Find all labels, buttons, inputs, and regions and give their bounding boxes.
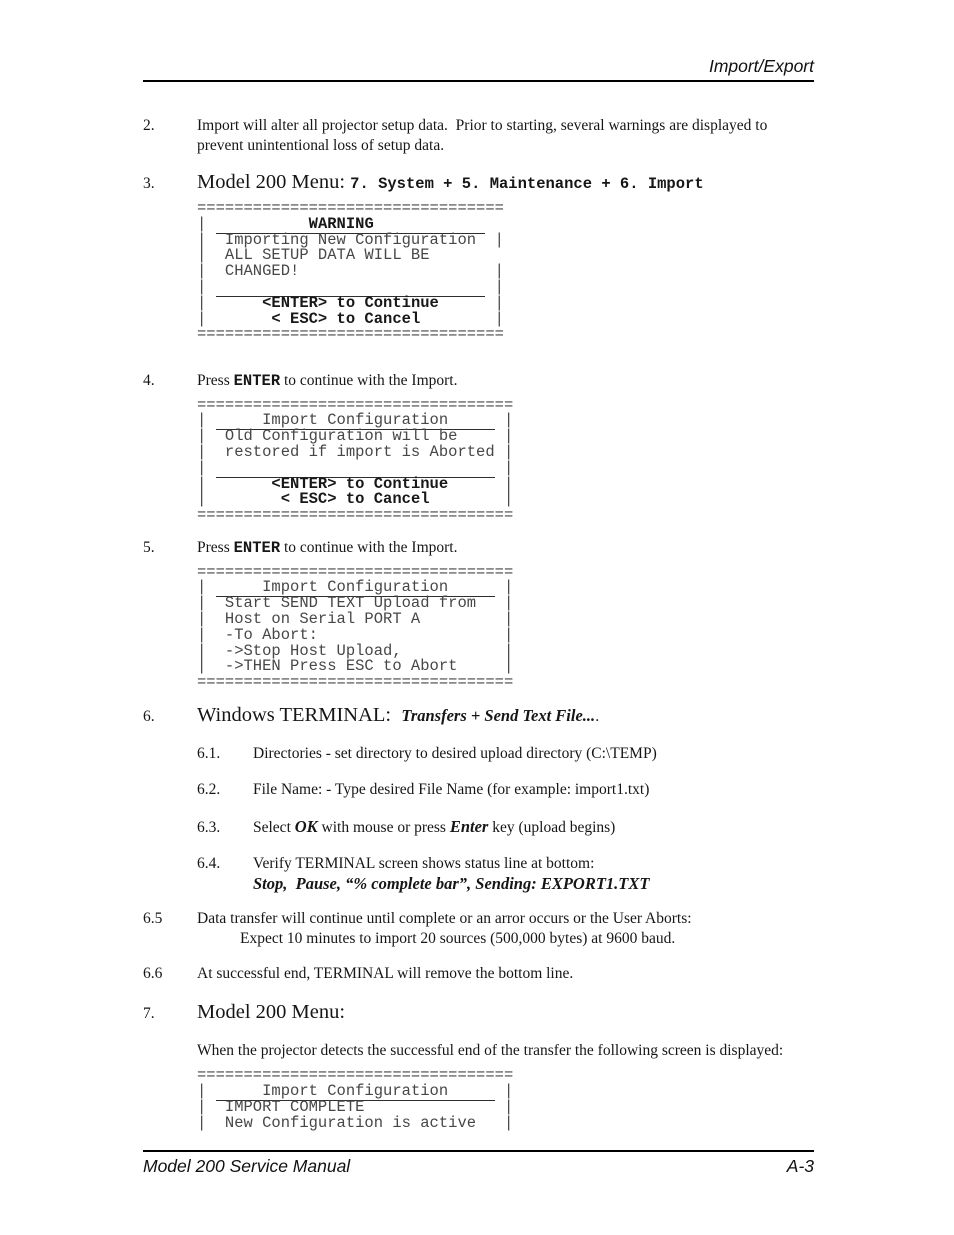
list-item-6-3: 6.3. Select OK with mouse or press Enter… [197,817,814,838]
footer-page-number: A-3 [787,1156,814,1177]
page-footer: Model 200 Service Manual A-3 [143,1150,814,1177]
item-number: 6.5 [143,910,197,928]
paragraph-transfer-end: When the projector detects the successfu… [197,1041,842,1061]
item-text: Verify TERMINAL screen shows status line… [253,854,814,894]
item-text: Directories - set directory to desired u… [253,744,814,764]
list-item-6-5: 6.5 Data transfer will continue until co… [143,909,814,948]
item-text: Model 200 Menu: 7. System + 5. Maintenan… [197,170,814,195]
item-text: Model 200 Menu: [197,1000,814,1025]
item-number: 7. [143,1005,197,1023]
item-number: 6.1. [197,745,253,763]
item-number: 6.2. [197,781,253,799]
footer-manual-title: Model 200 Service Manual [143,1156,350,1177]
item-text: Windows TERMINAL: Transfers + Send Text … [197,703,814,728]
item-text: File Name: - Type desired File Name (for… [253,780,814,800]
manual-page: Import/Export 2. Import will alter all p… [0,0,954,1235]
item-number: 5. [143,539,197,557]
terminal-screen-import-confirm: ==================================| Impo… [197,398,814,524]
terminal-screen-warning: =================================| WARNI… [197,201,814,343]
item-number: 3. [143,175,197,193]
item-text: Select OK with mouse or press Enter key … [253,817,814,838]
item-number: 2. [143,117,197,135]
terminal-screen-upload: ==================================| Impo… [197,565,814,691]
list-item-2: 2. Import will alter all projector setup… [143,116,814,155]
section-title: Import/Export [709,56,814,76]
item-text: Import will alter all projector setup da… [197,116,814,155]
list-item-6: 6. Windows TERMINAL: Transfers + Send Te… [143,703,814,728]
list-item-3: 3. Model 200 Menu: 7. System + 5. Mainte… [143,170,814,195]
page-header: Import/Export [143,56,814,82]
item-text: Data transfer will continue until comple… [197,909,814,948]
list-item-6-2: 6.2. File Name: - Type desired File Name… [197,780,814,800]
item-text: Press ENTER to continue with the Import. [197,538,814,559]
item-number: 6.6 [143,965,197,983]
list-item-6-1: 6.1. Directories - set directory to desi… [197,744,814,764]
item-text: At successful end, TERMINAL will remove … [197,964,814,984]
item-number: 6.4. [197,855,253,873]
list-item-5: 5. Press ENTER to continue with the Impo… [143,538,814,559]
list-item-7: 7. Model 200 Menu: [143,1000,814,1025]
terminal-screen-import-complete: ==================================| Impo… [197,1068,814,1131]
item-number: 6.3. [197,819,253,837]
item-number: 6. [143,708,197,726]
item-number: 4. [143,372,197,390]
list-item-4: 4. Press ENTER to continue with the Impo… [143,371,814,392]
item-text: Press ENTER to continue with the Import. [197,371,814,392]
list-item-6-6: 6.6 At successful end, TERMINAL will rem… [143,964,814,984]
list-item-6-4: 6.4. Verify TERMINAL screen shows status… [197,854,814,894]
